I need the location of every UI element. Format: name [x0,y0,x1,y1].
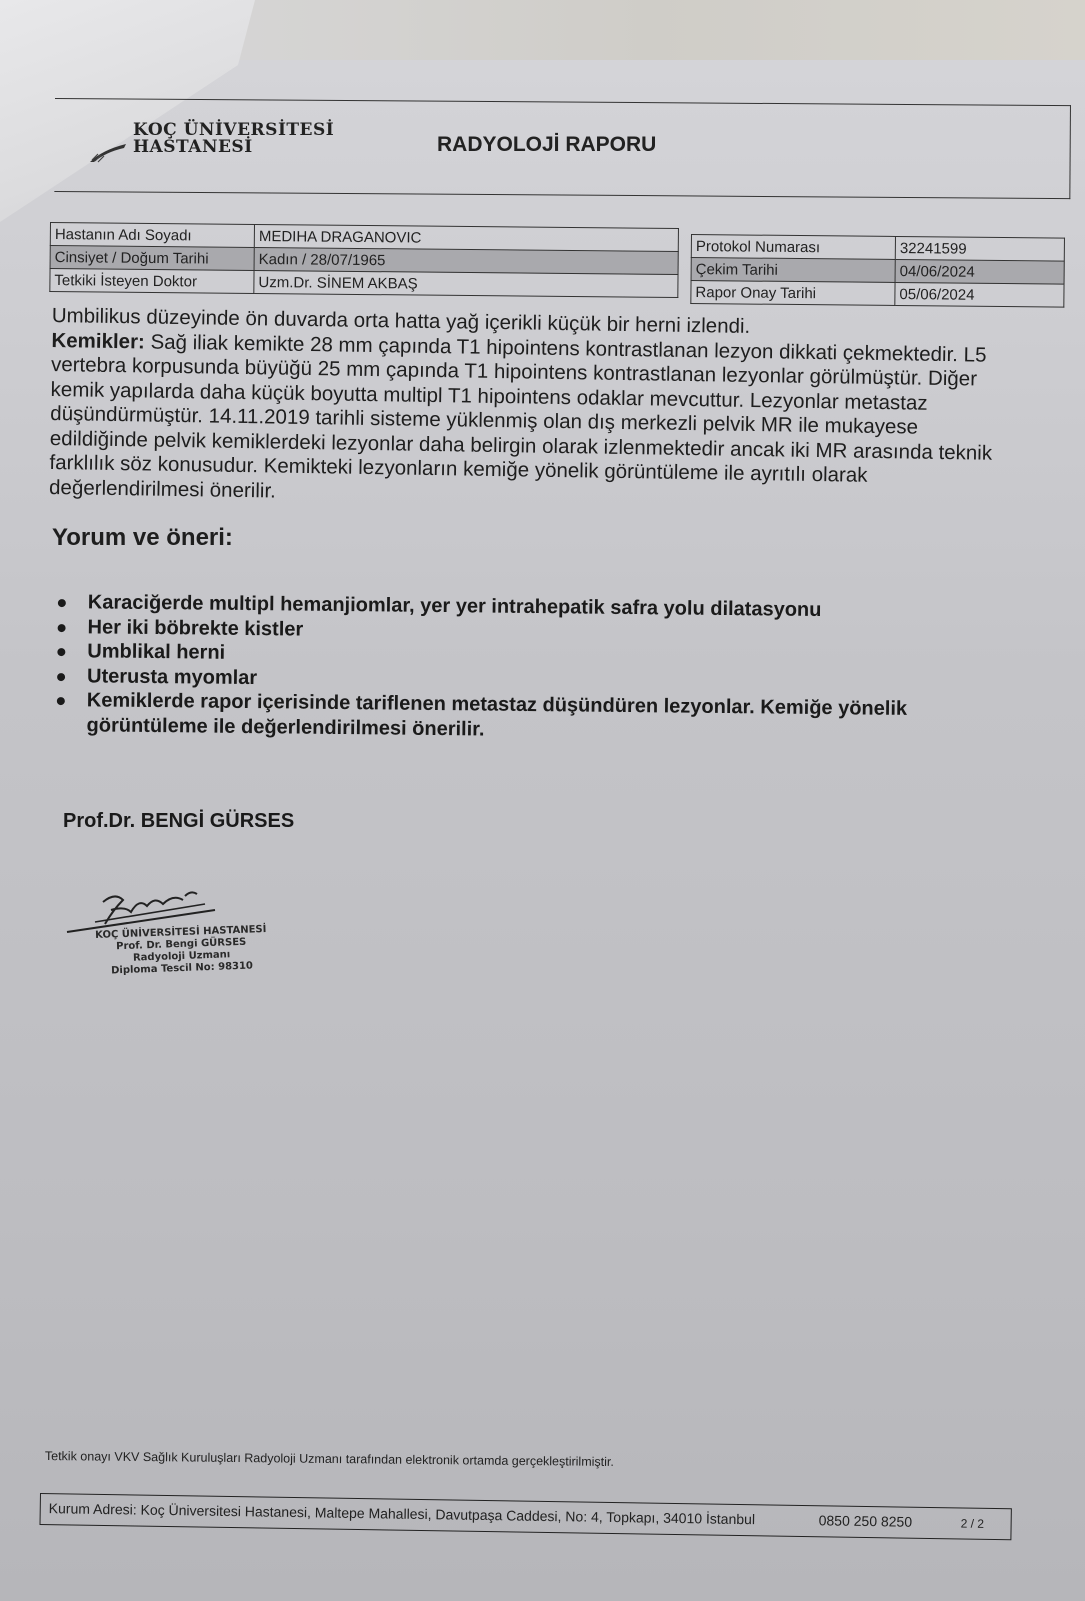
patient-name-label: Hastanın Adı Soyadı [50,223,254,248]
report-body: Umbilikus düzeyinde ön duvarda orta hatt… [49,304,1012,515]
requesting-doctor-label: Tetkiki İsteyen Doktor [50,269,254,294]
conclusion-list: Karaciğerde multipl hemanjiomlar, yer ye… [53,590,1014,747]
logo-line-2: HASTANESİ [133,139,334,156]
report-title: RADYOLOJİ RAPORU [437,133,656,157]
protocol-number-value: 32241599 [895,236,1064,261]
page-number: 2 / 2 [961,1516,985,1530]
exam-info-table: Protokol Numarası 32241599 Çekim Tarihi … [690,234,1065,308]
requesting-doctor-value: Uzm.Dr. SİNEM AKBAŞ [254,270,678,297]
signer-name: Prof.Dr. BENGİ GÜRSES [63,810,294,833]
patient-info-table: Hastanın Adı Soyadı MEDIHA DRAGANOVIC Ci… [49,222,679,298]
hospital-logo-icon [88,140,128,164]
bones-finding: Kemikler: Sağ iliak kemikte 28 mm çapınd… [49,328,1012,515]
doctor-stamp: KOÇ ÜNİVERSİTESİ HASTANESİ Prof. Dr. Ben… [95,924,268,978]
gender-birthdate-label: Cinsiyet / Doğum Tarihi [50,246,254,271]
scan-date-label: Çekim Tarihi [691,258,895,283]
report-approval-date-value: 05/06/2024 [895,282,1064,307]
protocol-number-label: Protokol Numarası [691,235,895,260]
table-row: Rapor Onay Tarihi 05/06/2024 [691,281,1064,308]
bones-text: Sağ iliak kemikte 28 mm çapında T1 hipoi… [49,330,992,502]
bones-label: Kemikler: [51,328,145,352]
conclusion-title: Yorum ve öneri: [52,524,233,552]
institution-phone: 0850 250 8250 [819,1512,913,1529]
scan-date-value: 04/06/2024 [895,259,1064,284]
report-approval-date-label: Rapor Onay Tarihi [691,281,895,306]
list-item: Kemiklerde rapor içerisinde tariflenen m… [53,688,1013,747]
hospital-logo-text: KOÇ ÜNİVERSİTESİ HASTANESİ [133,122,334,156]
institution-address: Kurum Adresi: Koç Üniversitesi Hastanesi… [49,1500,756,1527]
